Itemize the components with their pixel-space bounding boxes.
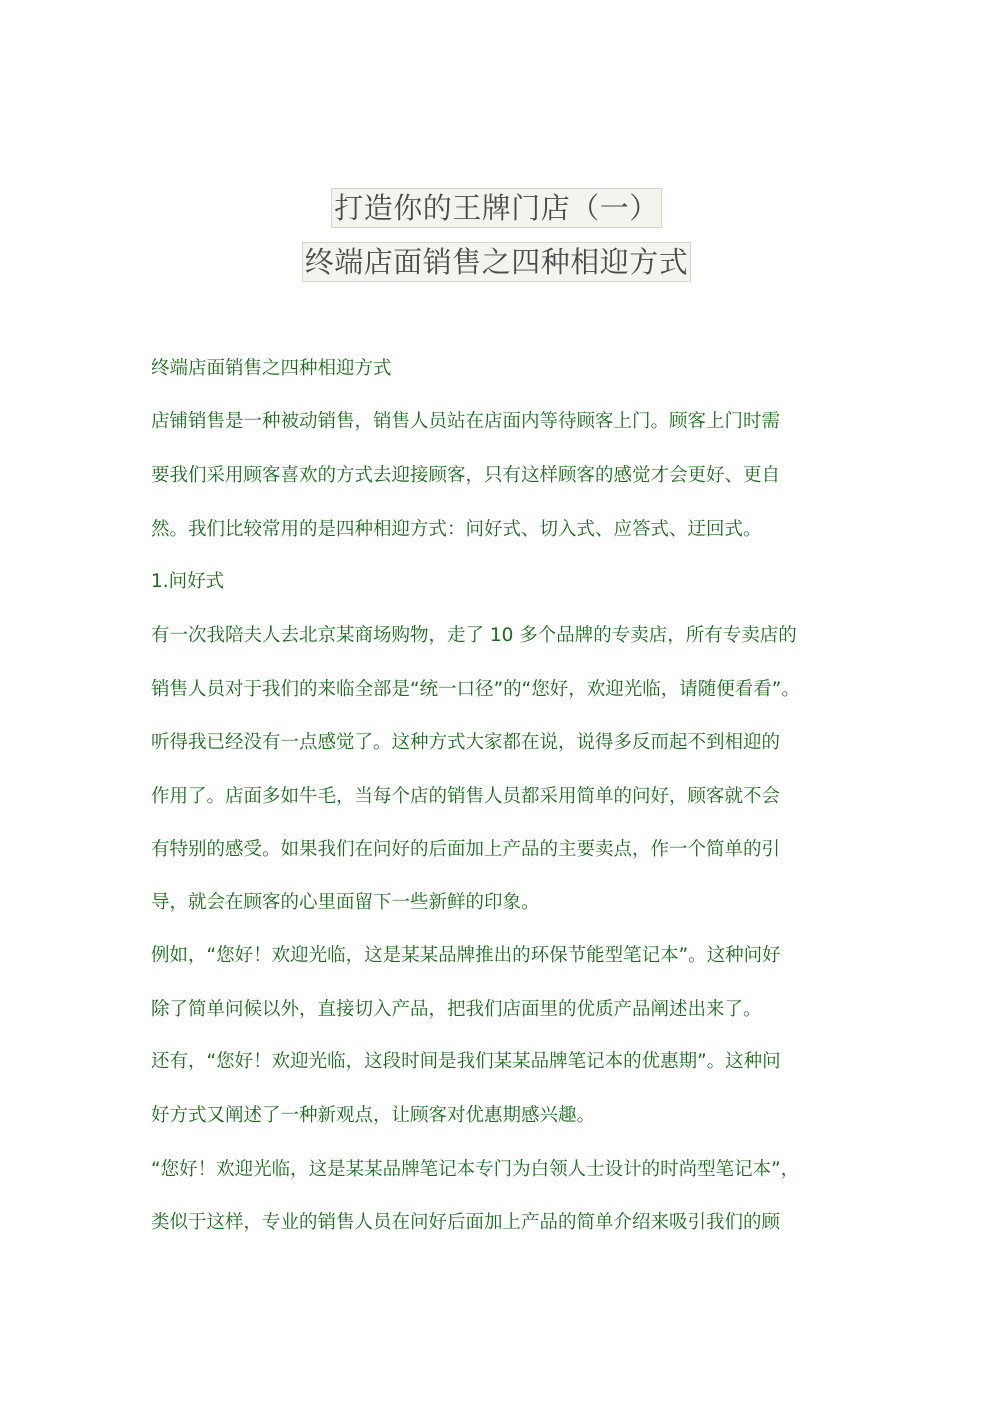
paragraph-line: 要我们采用顾客喜欢的方式去迎接顾客，只有这样顾客的感觉才会更好、更自 [151, 466, 851, 486]
section-heading: 终端店面销售之四种相迎方式 [151, 359, 851, 379]
paragraph-line: 有一次我陪夫人去北京某商场购物，走了 10 多个品牌的专卖店，所有专卖店的 [151, 626, 851, 646]
paragraph-line: 导，就会在顾客的心里面留下一些新鲜的印象。 [151, 893, 851, 913]
paragraph-line: 听得我已经没有一点感觉了。这种方式大家都在说，说得多反而起不到相迎的 [151, 733, 851, 753]
paragraph-line: 还有，“您好！欢迎光临，这段时间是我们某某品牌笔记本的优惠期”。这种问 [151, 1052, 851, 1072]
paragraph-line: 除了简单问候以外，直接切入产品，把我们店面里的优质产品阐述出来了。 [151, 1000, 851, 1020]
title-line-1-wrap: 打造你的王牌门店（一） [0, 188, 993, 228]
paragraph-line: “您好！欢迎光临，这是某某品牌笔记本专门为白领人士设计的时尚型笔记本”， [151, 1160, 851, 1180]
paragraph-line: 有特别的感受。如果我们在问好的后面加上产品的主要卖点，作一个简单的引 [151, 840, 851, 860]
title-line-2-wrap: 终端店面销售之四种相迎方式 [0, 242, 993, 282]
paragraph-line: 作用了。店面多如牛毛，当每个店的销售人员都采用简单的问好，顾客就不会 [151, 787, 851, 807]
paragraph-line: 销售人员对于我们的来临全部是“统一口径”的“您好，欢迎光临，请随便看看”。 [151, 680, 851, 700]
document-title: 打造你的王牌门店（一） [331, 188, 662, 228]
subsection-heading: 1.问好式 [151, 572, 851, 592]
paragraph-line: 好方式又阐述了一种新观点，让顾客对优惠期感兴趣。 [151, 1106, 851, 1126]
paragraph-line: 类似于这样，专业的销售人员在问好后面加上产品的简单介绍来吸引我们的顾 [151, 1213, 851, 1233]
document-subtitle: 终端店面销售之四种相迎方式 [302, 242, 692, 282]
paragraph-line: 然。我们比较常用的是四种相迎方式：问好式、切入式、应答式、迂回式。 [151, 520, 851, 540]
paragraph-line: 店铺销售是一种被动销售，销售人员站在店面内等待顾客上门。顾客上门时需 [151, 412, 851, 432]
paragraph-line: 例如，“您好！欢迎光临，这是某某品牌推出的环保节能型笔记本”。这种问好 [151, 946, 851, 966]
